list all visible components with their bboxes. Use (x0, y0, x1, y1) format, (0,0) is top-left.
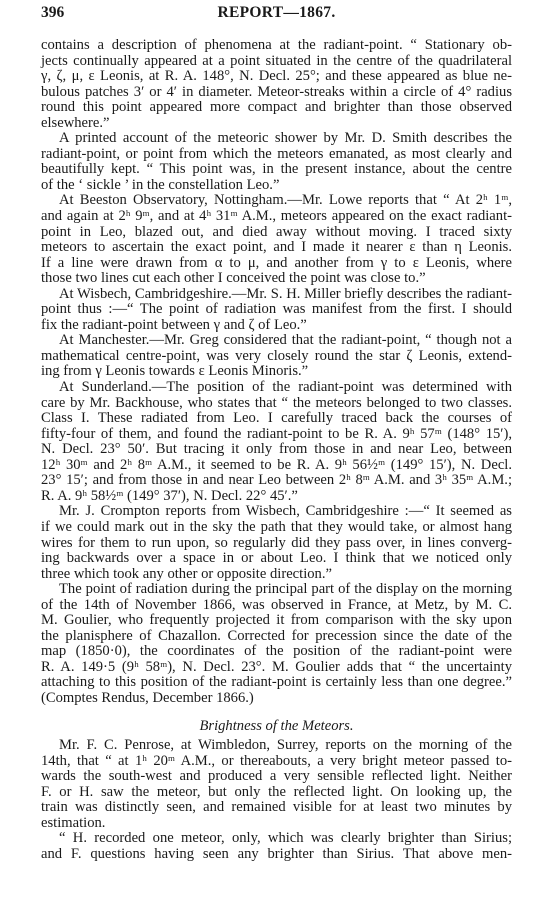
text-line: attaching to this position of the radian… (41, 675, 512, 691)
text-line: and F. questions having seen any brighte… (41, 847, 512, 863)
text-line: fifty-four of them, and found the radian… (41, 427, 512, 443)
text-line: The point of radiation during the princi… (41, 582, 512, 598)
text-line: N. Decl. 23° 50′. But tracing it only fr… (41, 442, 512, 458)
text-line: At Beeston Observatory, Nottingham.—Mr. … (41, 193, 512, 209)
text-line: R. A. 9ʰ 58½ᵐ (149° 37′), N. Decl. 22° 4… (41, 489, 512, 505)
spacer (41, 707, 512, 719)
text-line: meteors to ascertain the exact point, an… (41, 240, 512, 256)
text-line: M. Goulier, who frequently projected it … (41, 613, 512, 629)
text-line: F. or H. saw the meteor, but only the re… (41, 785, 512, 801)
text-line: “ H. recorded one meteor, only, which wa… (41, 831, 512, 847)
text-line: three which took any other or opposite d… (41, 567, 512, 583)
text-line: ing from γ Leonis towards ε Leonis Minor… (41, 364, 512, 380)
text-block-radiant-point: contains a description of phenomena at t… (41, 38, 512, 707)
text-line: fix the radiant-point between γ and ζ of… (41, 318, 512, 334)
text-line: At Sunderland.—The position of the radia… (41, 380, 512, 396)
text-block-brightness: Mr. F. C. Penrose, at Wimbledon, Surrey,… (41, 738, 512, 862)
text-line: R. A. 149·5 (9ʰ 58ᵐ), N. Decl. 23°. M. G… (41, 660, 512, 676)
section-heading: Brightness of the Meteors. (41, 719, 512, 735)
text-line: of the 14th of November 1866, was observ… (41, 598, 512, 614)
text-line: and again at 2ʰ 9ᵐ, and at 4ʰ 31ᵐ A.M., … (41, 209, 512, 225)
text-line: At Wisbech, Cambridgeshire.—Mr. S. H. Mi… (41, 287, 512, 303)
text-line: map (1850·0), the coordinates of the pos… (41, 644, 512, 660)
text-line: If a line were drawn from α to μ, and an… (41, 256, 512, 272)
text-line: of the ‘ sickle ’ in the constellation L… (41, 178, 512, 194)
text-line: 12ʰ 30ᵐ and 2ʰ 8ᵐ A.M., it seemed to be … (41, 458, 512, 474)
text-line: radiant-point, or point from which the m… (41, 147, 512, 163)
text-line: 14th, that “ at 1ʰ 20ᵐ A.M., or thereabo… (41, 754, 512, 770)
text-line: beautifully kept. “ This point was, in t… (41, 162, 512, 178)
text-line: the planisphere of Chazallon. Corrected … (41, 629, 512, 645)
text-line: point in Leo, blazed out, and died away … (41, 225, 512, 241)
running-title: REPORT—1867. (41, 4, 512, 22)
page-body: contains a description of phenomena at t… (41, 38, 512, 862)
text-line: 23° 15′; and from those in and near Leo … (41, 473, 512, 489)
text-line: mathematical centre-point, was very clos… (41, 349, 512, 365)
text-line: A printed account of the meteoric shower… (41, 131, 512, 147)
text-line: contains a description of phenomena at t… (41, 38, 512, 54)
text-line: γ, ζ, μ, ε Leonis, at R. A. 148°, N. Dec… (41, 69, 512, 85)
text-line: ing backwards over a space in or about L… (41, 551, 512, 567)
text-line: those two lines cut each other I conceiv… (41, 271, 512, 287)
text-line: wires for them to run upon, so regularly… (41, 536, 512, 552)
text-line: estimation. (41, 816, 512, 832)
text-line: train was distinctly seen, and remained … (41, 800, 512, 816)
text-line: care by Mr. Backhouse, who states that “… (41, 396, 512, 412)
text-line: At Manchester.—Mr. Greg considered that … (41, 333, 512, 349)
text-line: Mr. F. C. Penrose, at Wimbledon, Surrey,… (41, 738, 512, 754)
text-line: elsewhere.” (41, 116, 512, 132)
text-line: jects continually appeared at a point si… (41, 54, 512, 70)
text-line: point thus :—“ The point of radiation wa… (41, 302, 512, 318)
text-line: round this point appeared more compact a… (41, 100, 512, 116)
text-line: Mr. J. Crompton reports from Wisbech, Ca… (41, 504, 512, 520)
text-line: bulous patches 3′ or 4′ in diameter. Met… (41, 85, 512, 101)
text-line: if we could mark out in the sky the path… (41, 520, 512, 536)
text-line: wards the south-west and produced a very… (41, 769, 512, 785)
page-header: 396 REPORT—1867. (41, 4, 512, 24)
text-line: Class I. These radiated from Leo. I care… (41, 411, 512, 427)
text-line: (Comptes Rendus, December 1866.) (41, 691, 512, 707)
